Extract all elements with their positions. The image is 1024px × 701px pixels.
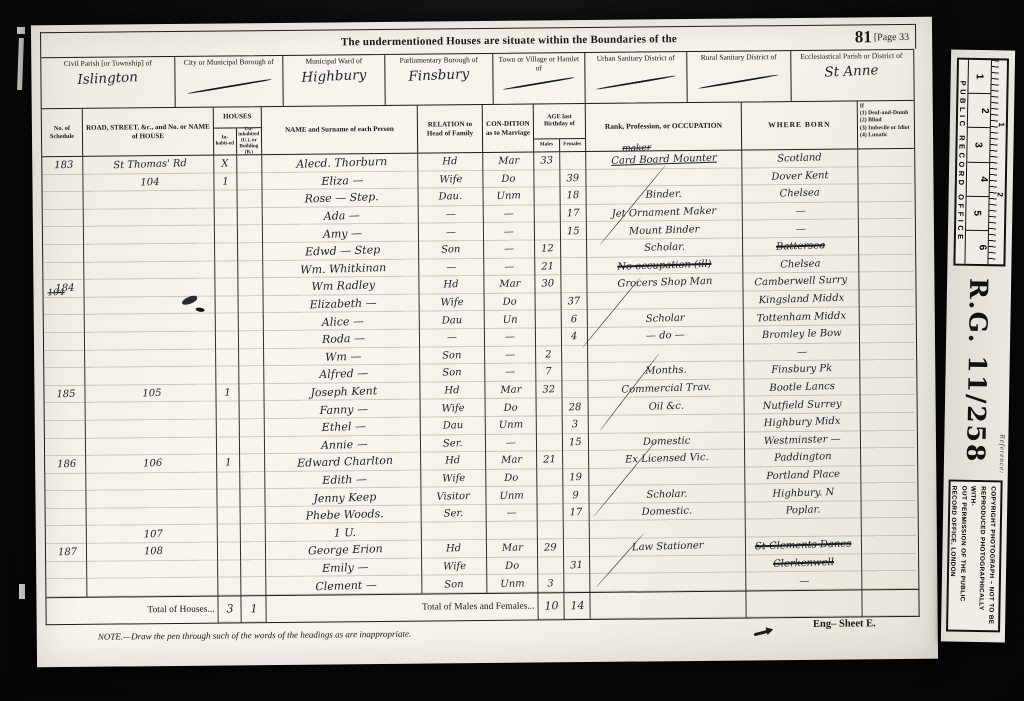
- cell-schedule: [44, 315, 85, 333]
- cell-name-text: Eliza —: [317, 174, 363, 188]
- cell-condition: —: [484, 240, 535, 258]
- cell-relation: Wife: [421, 470, 486, 488]
- cell-relation: Son: [422, 575, 487, 593]
- cell-occupation: Grocers Shop Man: [587, 274, 743, 293]
- cell-name-text: Joseph Kent: [306, 384, 377, 399]
- census-page: The undermentioned Houses are situate wi…: [31, 17, 938, 668]
- cell-schedule-text: 186: [53, 459, 76, 471]
- cell-age-female-text: 6: [571, 314, 578, 325]
- col-header-age: AGE last Birthday of: [534, 104, 585, 139]
- cell-uninhabited: [239, 331, 264, 349]
- cell-infirmity: [860, 342, 914, 360]
- cell-name: Alice —: [264, 312, 420, 331]
- cell-road-text: 108: [140, 546, 163, 558]
- cell-relation: Wife: [420, 294, 485, 312]
- cell-occupation: Mount Binder: [587, 221, 743, 240]
- cell-name: Emily —: [266, 558, 422, 577]
- cell-inhabited-text: 1: [222, 176, 229, 187]
- cell-name: George Erion: [266, 541, 422, 560]
- cell-inhabited: 1: [217, 454, 240, 472]
- cell-condition: Unm: [486, 416, 537, 434]
- cell-inhabited: [215, 208, 238, 226]
- census-table-header: No. of Schedule ROAD, STREET, &c., and N…: [42, 101, 914, 157]
- cell-born: Portland Place: [745, 466, 861, 485]
- cell-born: Battersea: [743, 237, 859, 256]
- census-table-body: 183St Thomas' RdXAlecd. ThorburnHdMar33C…: [42, 149, 918, 597]
- cell-relation-text: —: [446, 262, 456, 273]
- cell-age-male-text: 12: [541, 243, 554, 254]
- cell-born: Camberwell Surry: [743, 273, 859, 292]
- cell-schedule: [43, 245, 84, 263]
- cell-relation: Son: [420, 364, 485, 382]
- cell-uninhabited: [239, 349, 264, 367]
- cell-occupation-text: Mount Binder: [629, 224, 700, 237]
- cell-age-female-text: 31: [570, 560, 583, 571]
- cell-road: [87, 507, 218, 526]
- total-houses-inhabited: 3: [226, 603, 233, 616]
- cell-occupation-text: — do —: [646, 330, 685, 342]
- cell-age-male: [535, 223, 561, 241]
- cell-age-male: [537, 469, 563, 487]
- cell-road: [85, 314, 216, 333]
- cell-age-female: 37: [562, 293, 588, 311]
- cell-name-text: Edith —: [318, 473, 367, 487]
- cell-schedule: [43, 227, 84, 245]
- cell-condition-text: Unm: [498, 420, 523, 432]
- cell-road: 104: [83, 173, 214, 192]
- cell-condition-text: Mar: [499, 279, 520, 291]
- cell-infirmity: [861, 430, 915, 448]
- cell-occupation: Binder.: [587, 186, 743, 205]
- cell-occupation-text: Scholar.: [646, 488, 687, 500]
- district-label: Municipal Ward of: [302, 55, 365, 66]
- district-label: Ecclesiastical Parish or District of: [797, 50, 905, 62]
- cell-age-male: 12: [535, 240, 561, 258]
- cell-name: Phebe Woods.: [266, 505, 422, 524]
- cell-uninhabited: [241, 525, 266, 543]
- district-value-handwritten: Islington: [77, 69, 138, 88]
- cell-occupation-text: Binder.: [646, 189, 682, 201]
- cell-condition-text: Unm: [500, 578, 525, 590]
- cell-name: Edith —: [265, 470, 421, 489]
- district-value-handwritten: St Anne: [824, 62, 879, 80]
- cell-schedule: [43, 262, 84, 280]
- cell-occupation-text: Ex Licensed Vic.: [625, 452, 709, 466]
- cell-relation: —: [419, 259, 484, 277]
- cell-occupation-text: Scholar.: [644, 242, 685, 254]
- cell-road: [86, 402, 217, 421]
- cell-name-text: Alecd. Thorburn: [292, 155, 387, 171]
- cell-age-male: 32: [536, 381, 562, 399]
- cell-road: [85, 367, 216, 386]
- cell-age-female-text: 19: [569, 472, 582, 483]
- cell-infirmity: [859, 237, 913, 255]
- cell-born-text: Highbury Midx: [764, 416, 841, 429]
- cell-occupation: Scholar.: [589, 485, 745, 504]
- pro-strip-content: 1 2 123456 PUBLIC RECORD OFFICE Referenc…: [941, 49, 1015, 642]
- cell-born: —: [744, 343, 860, 362]
- cell-relation-text: Hd: [444, 280, 459, 291]
- cell-relation-text: Wife: [440, 297, 463, 309]
- cell-uninhabited: [238, 243, 263, 261]
- cell-age-female: 19: [563, 469, 589, 487]
- cell-name: Wm —: [264, 347, 420, 366]
- cell-infirmity: [859, 254, 913, 272]
- cell-age-female-text: 18: [567, 190, 580, 201]
- cell-age-male-text: 29: [544, 543, 557, 554]
- cell-occupation: Jet Ornament Maker: [587, 203, 743, 222]
- cell-occupation: Oil &c.: [589, 397, 745, 416]
- col-header-relation: RELATION to Head of Family: [418, 105, 483, 153]
- cell-condition-text: —: [504, 261, 514, 272]
- scan-artifact: [19, 584, 25, 599]
- cell-name-text: Clement —: [311, 578, 377, 593]
- cell-infirmity: [861, 448, 915, 466]
- cell-age-female: [561, 275, 587, 293]
- cell-relation: Ser.: [422, 505, 487, 523]
- cell-condition: Mar: [485, 381, 536, 399]
- cell-name-text: Roda —: [318, 332, 365, 346]
- cell-age-female-text: 4: [571, 331, 578, 342]
- cell-born-text: Finsbury Pk: [771, 363, 832, 376]
- cell-name: Amy —: [263, 224, 419, 243]
- cell-name: Rose — Step.: [263, 189, 419, 208]
- cell-born-text: Clerkenwell: [773, 557, 834, 570]
- cell-relation-text: Wife: [439, 174, 462, 186]
- cell-road: [84, 208, 215, 227]
- cell-age-female: 28: [563, 398, 589, 416]
- cell-born: Nutfield Surrey: [745, 396, 861, 415]
- cell-road: [85, 332, 216, 351]
- district-cell: Town or Village or Hamlet of: [493, 53, 585, 104]
- cell-inhabited-text: X: [222, 159, 229, 170]
- cell-road-text: 107: [140, 529, 163, 541]
- cell-age-female: [564, 574, 590, 592]
- cell-born: Paddington: [745, 448, 861, 467]
- cell-condition-text: —: [505, 332, 515, 343]
- cell-name-text: Phebe Woods.: [302, 507, 384, 522]
- cell-inhabited: [215, 279, 238, 297]
- cell-occupation: — do —: [588, 326, 744, 345]
- total-females: 14: [570, 599, 584, 612]
- cell-occupation: Commercial Trav.: [588, 379, 744, 398]
- cell-condition-text: Unm: [499, 490, 524, 502]
- cell-relation-text: Hd: [443, 156, 458, 167]
- cell-condition: Un: [485, 311, 536, 329]
- cell-name: Alfred —: [264, 365, 420, 384]
- cell-uninhabited: [240, 472, 265, 490]
- cell-age-male: [537, 416, 563, 434]
- cell-condition: Do: [486, 399, 537, 417]
- cell-age-male: 2: [536, 346, 562, 364]
- cell-born: Westminster —: [745, 431, 861, 450]
- cell-born: Tottenham Middx: [744, 308, 860, 327]
- cell-relation-text: Visitor: [437, 490, 471, 502]
- cell-name: Jenny Keep: [265, 488, 421, 507]
- col-header-occupation: Rank, Profession, or OCCUPATION: [586, 103, 742, 151]
- cell-uninhabited: [240, 489, 265, 507]
- cell-infirmity: [862, 571, 916, 589]
- cell-occupation: [590, 555, 746, 574]
- cell-born-text: Bootle Lancs: [769, 381, 835, 394]
- cell-schedule: [45, 421, 86, 439]
- cell-inhabited: [215, 261, 238, 279]
- cell-inhabited: X: [214, 155, 237, 173]
- cell-born: Poplar.: [746, 501, 862, 520]
- cell-relation: Dau.: [419, 188, 484, 206]
- cell-born: Chelsea: [743, 255, 859, 274]
- cell-uninhabited: [241, 560, 266, 578]
- copyright-notice: COPYRIGHT PHOTOGRAPH – NOT TO BE REPRODU…: [946, 480, 1003, 633]
- cell-name-text: Wm Radley: [307, 279, 375, 294]
- scan-artifact: [17, 38, 24, 90]
- cell-age-male: 7: [536, 363, 562, 381]
- cell-occupation-text: Scholar: [646, 312, 685, 324]
- cell-condition-text: Un: [502, 314, 517, 325]
- cell-relation-text: Wife: [441, 403, 464, 415]
- cell-born-text: Camberwell Surry: [754, 275, 847, 289]
- cell-condition: —: [485, 328, 536, 346]
- cell-age-female: [564, 521, 590, 539]
- cell-condition-text: Mar: [501, 543, 522, 555]
- cell-relation: Dau: [420, 311, 485, 329]
- col-header-condition: CON-DITION as to Marriage: [483, 105, 534, 152]
- cell-uninhabited: [239, 313, 264, 331]
- district-label: City or Municipal Borough of: [181, 56, 277, 68]
- cell-age-male: 21: [535, 258, 561, 276]
- cell-age-male-text: 21: [541, 261, 554, 272]
- cell-age-male-text: 2: [545, 349, 552, 360]
- col-header-inhabited: In-habit-ed: [214, 128, 237, 154]
- cell-age-male: 30: [535, 275, 561, 293]
- ruler-ticks: 1 2: [987, 60, 1007, 264]
- cell-occupation-text: Oil &c.: [648, 400, 684, 412]
- sheet-label: Eng– Sheet E.: [813, 618, 876, 630]
- cell-relation: Dau: [421, 417, 486, 435]
- cell-uninhabited: [237, 173, 262, 191]
- cell-infirmity: [859, 202, 913, 220]
- cell-age-female-text: 28: [569, 402, 582, 413]
- cell-inhabited: [218, 525, 241, 543]
- cell-name-text: Fanny —: [316, 402, 369, 417]
- pen-strike: [596, 75, 676, 90]
- cell-age-female: 39: [560, 170, 586, 188]
- pro-ruler: 1 2 123456 PUBLIC RECORD OFFICE: [953, 58, 1009, 267]
- scanned-census-image: The undermentioned Houses are situate wi…: [0, 0, 1024, 701]
- cell-condition: Mar: [484, 276, 535, 294]
- cell-uninhabited: [241, 542, 266, 560]
- cell-name: 1 U.: [266, 523, 422, 542]
- district-value-handwritten: Highbury: [301, 67, 366, 86]
- cell-schedule: [46, 526, 87, 544]
- cell-name-text: Rose — Step.: [301, 191, 379, 206]
- cell-born: —: [743, 220, 859, 239]
- cell-occupation: Card Board Mountermaker: [586, 151, 742, 170]
- cell-occupation: [588, 344, 744, 363]
- district-cell: City or Municipal Borough of: [175, 56, 283, 107]
- cell-condition: Mar: [487, 540, 538, 558]
- cell-condition: [487, 522, 538, 540]
- cell-born-text: Highbury. N: [772, 487, 834, 500]
- cell-uninhabited: [238, 261, 263, 279]
- cell-relation-text: Dau: [441, 315, 462, 327]
- cell-age-male: [536, 293, 562, 311]
- cell-schedule-text: 185: [53, 389, 76, 401]
- cell-name-text: Ada —: [320, 209, 360, 223]
- cell-occupation-text: Domestic: [643, 435, 691, 447]
- cell-age-male-text: 30: [541, 279, 554, 290]
- district-cell: Urban Sanitary District of: [585, 52, 687, 103]
- cell-age-female-text: 3: [572, 419, 579, 430]
- cell-schedule: [46, 561, 87, 579]
- cell-occupation-text: Grocers Shop Man: [617, 276, 712, 290]
- reference-area: Reference: R.G. 11/258: [961, 278, 993, 474]
- footnote: NOTE.—Draw the pen through such of the w…: [98, 624, 938, 642]
- cell-age-male: [538, 557, 564, 575]
- cell-uninhabited: [237, 155, 262, 173]
- cell-schedule: 187: [46, 544, 87, 562]
- cell-uninhabited: [239, 296, 264, 314]
- ruler-cell: 6: [965, 231, 988, 265]
- col-header-females: Females: [560, 139, 586, 151]
- cell-name: Alecd. Thorburn: [262, 154, 418, 173]
- folio-number: 81: [847, 27, 874, 47]
- cell-inhabited: [217, 490, 240, 508]
- cell-occupation: [589, 467, 745, 486]
- pen-strike: [698, 74, 780, 90]
- occupation-note: maker: [622, 143, 651, 154]
- cell-age-female: [563, 451, 589, 469]
- district-cell: Civil Parish [or Township] ofIslington: [41, 57, 175, 108]
- cell-age-male: 33: [534, 152, 560, 170]
- district-label: Parliamentary Borough of: [397, 54, 481, 65]
- cell-name-text: Edward Charlton: [293, 454, 393, 470]
- cell-born: Dover Kent: [742, 167, 858, 186]
- cell-age-male-text: 32: [542, 384, 555, 395]
- cell-age-female: 4: [562, 328, 588, 346]
- cell-relation: Son: [420, 347, 485, 365]
- cell-relation: Ser.: [421, 434, 486, 452]
- cell-inhabited: [216, 366, 239, 384]
- cell-condition: Mar: [486, 452, 537, 470]
- cell-relation-text: Hd: [446, 543, 461, 554]
- cell-age-male: [535, 205, 561, 223]
- cell-uninhabited: [238, 208, 263, 226]
- cell-uninhabited: [240, 437, 265, 455]
- cell-born: Chelsea: [743, 185, 859, 204]
- cell-name-text: Edwd — Step: [301, 243, 380, 258]
- cell-age-female-text: 17: [567, 208, 580, 219]
- cell-born: Bootle Lancs: [744, 378, 860, 397]
- page-title: The undermentioned Houses are situate wi…: [41, 32, 847, 52]
- ruler-inch-mark: 1: [997, 122, 1006, 127]
- cell-name-text: George Erion: [304, 543, 383, 558]
- cell-occupation: [586, 168, 742, 187]
- cell-schedule: [43, 210, 84, 228]
- cell-condition: Do: [485, 293, 536, 311]
- cell-schedule: [45, 474, 86, 492]
- pen-strike: [187, 78, 272, 94]
- cell-infirmity: [861, 413, 915, 431]
- cell-inhabited: [216, 314, 239, 332]
- cell-condition: —: [484, 205, 535, 223]
- cell-occupation: [590, 520, 746, 539]
- col-header-uninhabited: Un-inhabited (U.), or Building (B.): [236, 128, 261, 154]
- cell-age-female-text: 15: [569, 437, 582, 448]
- cell-inhabited: [215, 226, 238, 244]
- cell-age-female: 9: [563, 486, 589, 504]
- cell-occupation-text: No occupation (ill): [618, 259, 713, 273]
- cell-name-text: Ethel —: [318, 420, 366, 434]
- cell-age-female: [561, 240, 587, 258]
- cell-name-text: Elizabeth —: [305, 296, 376, 311]
- cell-schedule: [45, 403, 86, 421]
- cell-age-male: [538, 504, 564, 522]
- cell-born-text: Bromley le Bow: [761, 328, 841, 341]
- total-males: 10: [544, 600, 558, 613]
- cell-condition: —: [484, 223, 535, 241]
- cell-name-text: Jenny Keep: [309, 490, 376, 505]
- cell-inhabited: 1: [216, 384, 239, 402]
- cell-relation-text: Hd: [445, 385, 460, 396]
- cell-schedule: [45, 491, 86, 509]
- cell-infirmity: [860, 325, 914, 343]
- cell-age-female: [564, 539, 590, 557]
- cell-age-male: [537, 399, 563, 417]
- cell-born-text: —: [795, 206, 805, 217]
- col-header-schedule: No. of Schedule: [42, 109, 83, 156]
- cell-infirmity: [859, 219, 913, 237]
- cell-inhabited-text: 1: [225, 458, 232, 469]
- cell-uninhabited: [239, 366, 264, 384]
- cell-born: —: [743, 202, 859, 221]
- col-header-males: Males: [534, 139, 560, 151]
- cell-road: [86, 419, 217, 438]
- district-cell: Municipal Ward ofHighbury: [283, 55, 385, 106]
- reference-number: R.G. 11/258: [961, 278, 993, 474]
- cell-born-text: Portland Place: [766, 469, 840, 482]
- cell-road: [84, 191, 215, 210]
- cell-inhabited: [217, 402, 240, 420]
- cell-age-female: 17: [564, 504, 590, 522]
- cell-age-female: [562, 381, 588, 399]
- cell-age-female: 6: [562, 310, 588, 328]
- cell-age-male: [537, 487, 563, 505]
- cell-born: Kingsland Middx: [744, 290, 860, 309]
- cell-road-text: 105: [139, 388, 162, 400]
- cell-inhabited: [215, 243, 238, 261]
- cell-inhabited: [217, 419, 240, 437]
- cell-schedule: 186: [45, 456, 86, 474]
- cell-name-text: 1 U.: [330, 526, 357, 540]
- cell-condition: —: [487, 504, 538, 522]
- cell-age-female: 31: [564, 557, 590, 575]
- cell-schedule: [46, 509, 87, 527]
- cell-condition: —: [486, 434, 537, 452]
- cell-infirmity: [861, 466, 915, 484]
- cell-road-text: St Thomas' Rd: [109, 158, 187, 171]
- cell-condition-text: —: [505, 349, 515, 360]
- cell-age-female: 15: [563, 434, 589, 452]
- cell-relation-text: Dau: [442, 420, 463, 432]
- cell-occupation: [588, 291, 744, 310]
- cell-name: Annie —: [265, 435, 421, 454]
- cell-age-male-text: 33: [540, 155, 553, 166]
- cell-road: 107: [87, 525, 218, 544]
- cell-born: St Clements Danes: [746, 536, 862, 555]
- cell-condition-text: Mar: [498, 156, 519, 168]
- cell-infirmity: [858, 149, 912, 167]
